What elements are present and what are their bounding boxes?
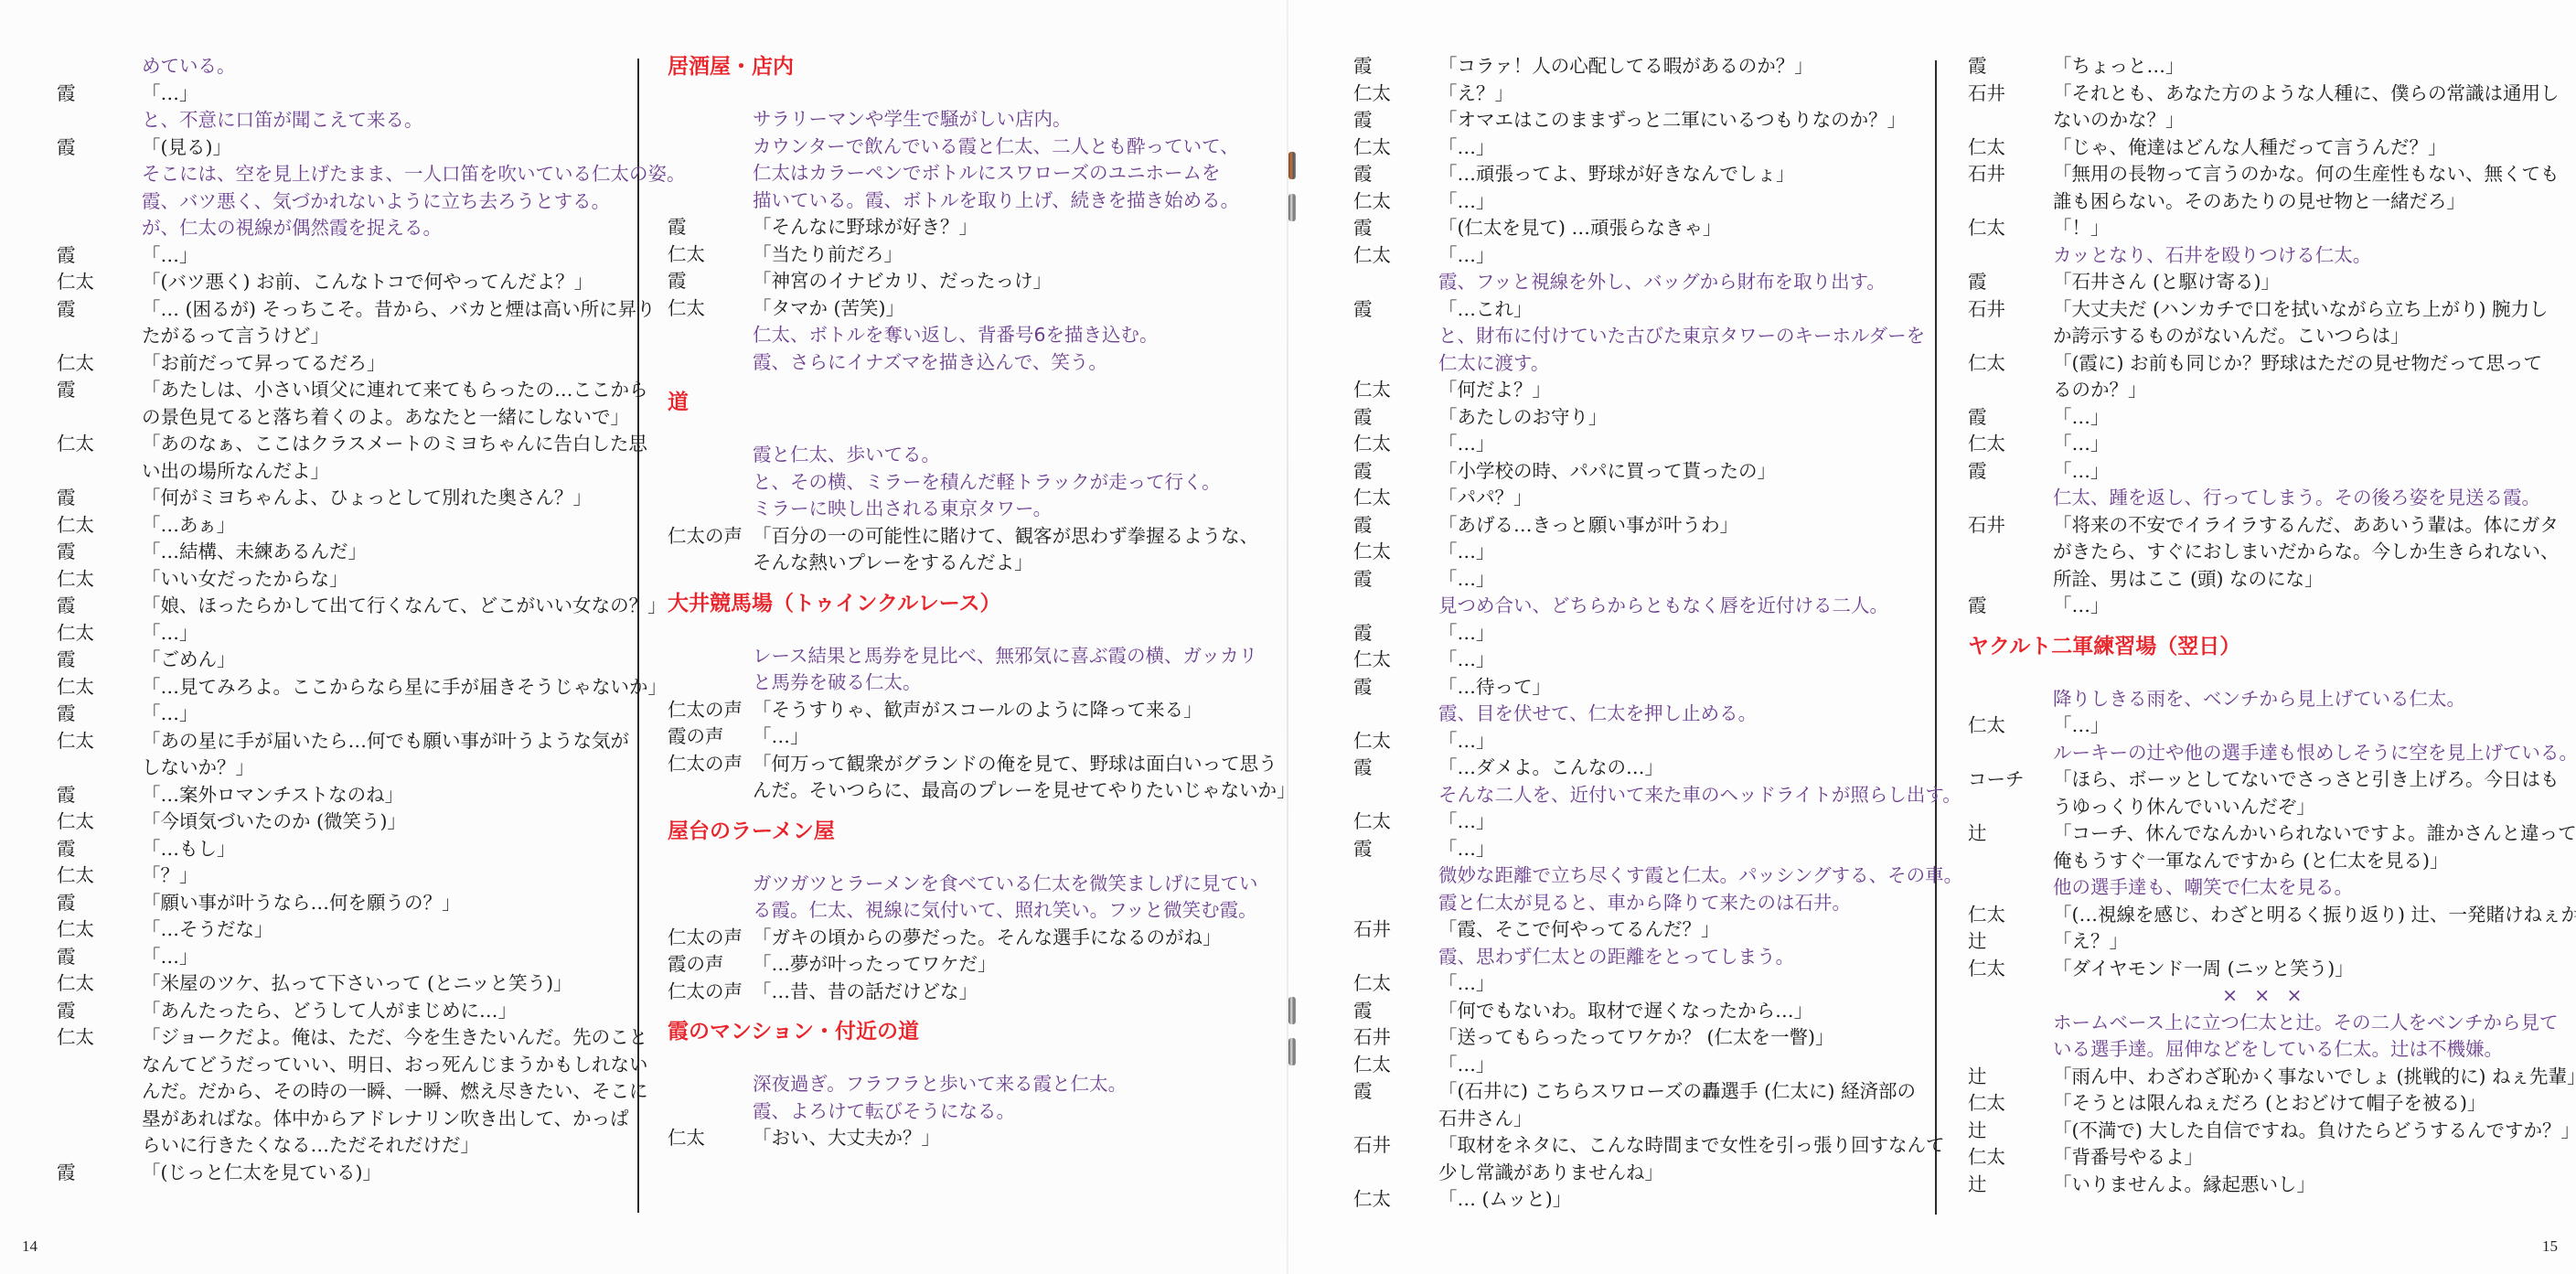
dialogue-text: 「…」 (142, 944, 198, 971)
speaker-name: 仁太 (668, 295, 753, 323)
direction-text: 仁太はカラーペンでボトルにスワローズのユニホームを (753, 160, 1220, 187)
booklet-spread: めている。霞「…」と、不意に口笛が聞こえて来る。霞「(見る)」そこには、空を見上… (0, 0, 2576, 1274)
speaker-name: 仁太 (57, 512, 142, 540)
dialogue-line: 仁太「今頃気づいたのか (微笑う)」 (57, 808, 624, 836)
dialogue-line: 霞「…これ」 (1353, 296, 1929, 324)
stage-direction: 霞、思わず仁太との距離をとってしまう。 (1353, 944, 1929, 971)
speaker-name: 霞 (1353, 404, 1438, 432)
speaker-name: 仁太 (57, 674, 142, 701)
indent (1968, 566, 2053, 594)
stage-direction: ルーキーの辻や他の選手達も恨めしそうに空を見上げている。 (1968, 740, 2553, 767)
indent (1968, 107, 2053, 134)
indent (668, 496, 753, 523)
speaker-name: 仁太 (57, 350, 142, 378)
speaker-name: 仁太の声 (668, 979, 753, 1006)
dialogue-text: 「え？」 (1438, 80, 1513, 108)
indent (57, 458, 142, 486)
indent (668, 871, 753, 898)
indent (1968, 1010, 2053, 1037)
speaker-name: 霞の声 (668, 723, 753, 751)
dialogue-line: 仁太「…」 (1353, 647, 1929, 674)
stage-direction: カッとなり、石井を殴りつける仁太。 (1968, 242, 2553, 270)
speaker-name: 霞 (57, 782, 142, 809)
speaker-name: 仁太 (1353, 808, 1438, 836)
direction-text: 霞、フッと視線を外し、バッグから財布を取り出す。 (1438, 269, 1886, 296)
speaker-name: 霞 (1353, 755, 1438, 782)
dialogue-text: 「…」 (1438, 620, 1495, 648)
dialogue-line: 仁太「あのなぁ、ここはクラスメートのミヨちゃんに告白した思 (57, 431, 624, 458)
stage-direction: が、仁太の視線が偶然霞を捉える。 (57, 215, 624, 242)
dialogue-line: 霞「(見る)」 (57, 134, 624, 162)
indent (668, 643, 753, 670)
indent (1968, 539, 2053, 566)
direction-text: サラリーマンや学生で騒がしい店内。 (753, 106, 1072, 134)
dialogue-line: 霞「何がミヨちゃんよ、ひょっとして別れた奥さん？」 (57, 485, 624, 512)
indent (57, 1078, 142, 1106)
indent (1353, 350, 1438, 378)
stage-direction: 仁太はカラーペンでボトルにスワローズのユニホームを (668, 160, 1253, 187)
dialogue-text: 「(石井に) こちらスワローズの轟選手 (仁太に) 経済部の (1438, 1078, 1916, 1106)
speaker-name: 霞 (1353, 674, 1438, 701)
indent (668, 897, 753, 925)
indent (1353, 593, 1438, 620)
speaker-name: 霞 (57, 242, 142, 270)
speaker-name: 仁太 (57, 728, 142, 755)
dialogue-text: 「お前だって昇ってるだろ」 (142, 350, 386, 378)
speaker-name: 霞 (57, 890, 142, 917)
speaker-name: 霞 (668, 214, 753, 241)
scene-heading: ヤクルト二軍練習場（翌日） (1968, 633, 2553, 660)
dialogue-text: 「…」 (1438, 431, 1495, 458)
dialogue-line: 仁太「！」 (1968, 215, 2553, 242)
dialogue-text: 俺もうすぐ一軍なんですから (と仁太を見る)」 (2053, 848, 2449, 875)
dialogue-line: 辻「いりませんよ。縁起悪いし」 (1968, 1172, 2553, 1199)
script-column-1: めている。霞「…」と、不意に口笛が聞こえて来る。霞「(見る)」そこには、空を見上… (57, 53, 624, 1186)
dialogue-text: 「…見てみろよ。ここからなら星に手が届きそうじゃないか」 (142, 674, 667, 701)
indent (57, 107, 142, 134)
indent (1968, 188, 2053, 216)
dialogue-text: 「ダイヤモンド一周 (ニッと笑う)」 (2053, 956, 2354, 983)
dialogue-line: 仁太「パパ？」 (1353, 485, 1929, 512)
dialogue-text: い出の場所なんだよ」 (142, 458, 329, 486)
dialogue-continuation: んだ。そいつらに、最高のプレーを見せてやりたいじゃないか」 (668, 777, 1253, 805)
indent (668, 550, 753, 577)
speaker-name: 石井 (1353, 1024, 1438, 1052)
cross-marks-icon: ××× (2053, 982, 2319, 1010)
direction-text: が、仁太の視線が偶然霞を捉える。 (142, 215, 442, 242)
dialogue-line: 霞の声「…」 (668, 723, 1253, 751)
dialogue-line: 霞「あたしは、小さい頃父に連れて来てもらったの…ここから (57, 377, 624, 404)
dialogue-line: 霞「…」 (57, 80, 624, 108)
speaker-name: 霞 (57, 944, 142, 971)
speaker-name: 石井 (1353, 916, 1438, 944)
direction-text: と、不意に口笛が聞こえて来る。 (142, 107, 423, 134)
speaker-name: 霞 (57, 539, 142, 566)
dialogue-text: 「おい、大丈夫か？」 (753, 1125, 940, 1152)
speaker-name: 霞 (1968, 458, 2053, 486)
dialogue-continuation: たがるって言うけど」 (57, 323, 624, 350)
dialogue-line: 霞「…案外ロマンチストなのね」 (57, 782, 624, 809)
dialogue-line: 霞「…ダメよ。こんなの…」 (1353, 755, 1929, 782)
dialogue-text: 「何だよ？」 (1438, 377, 1551, 404)
dialogue-text: 「…」 (1438, 539, 1495, 566)
script-column-4: 霞「ちょっと…」石井「それとも、あなた方のような人種に、僕らの常識は通用しないの… (1968, 53, 2553, 1198)
dialogue-text: 「パパ？」 (1438, 485, 1533, 512)
indent (1353, 862, 1438, 890)
dialogue-line: 霞「(石井に) こちらスワローズの轟選手 (仁太に) 経済部の (1353, 1078, 1929, 1106)
dialogue-line: 仁太「…」 (1353, 970, 1929, 998)
speaker-name: 霞 (57, 1160, 142, 1187)
dialogue-line: 仁太の声「そうすりゃ、歓声がスコールのように降って来る」 (668, 697, 1253, 724)
speaker-name: 仁太の声 (668, 523, 753, 551)
dialogue-line: 仁太「…」 (1353, 808, 1929, 836)
dialogue-text: 「取材をネタに、こんな時間まで女性を引っ張り回すなんて (1438, 1132, 1945, 1160)
dialogue-line: 霞「(仁太を見て) …頑張らなきゃ」 (1353, 215, 1929, 242)
indent (57, 53, 142, 80)
dialogue-line: 仁太「米屋のツケ、払って下さいって (とニッと笑う)」 (57, 970, 624, 998)
dialogue-text: 「…これ」 (1438, 296, 1533, 324)
dialogue-continuation: なんてどうだっていい、明日、おっ死んじまうかもしれない (57, 1052, 624, 1079)
dialogue-line: 霞「…」 (57, 944, 624, 971)
stage-direction: と、財布に付けていた古びた東京タワーのキーホルダーを (1353, 323, 1929, 350)
dialogue-line: 石井「将来の不安でイライラするんだ、ああいう輩は。体にガタ (1968, 512, 2553, 540)
dialogue-text: 「…結構、未練あるんだ」 (142, 539, 367, 566)
script-column-3: 霞「コラァ！人の心配してる暇があるのか？」仁太「え？」霞「オマエはこのままずっと… (1353, 53, 1929, 1214)
dialogue-line: 仁太「…あぁ」 (57, 512, 624, 540)
dialogue-text: 「何万って観衆がグランドの俺を見て、野球は面白いって思う (753, 751, 1277, 778)
indent (668, 322, 753, 349)
dialogue-text: 「…」 (2053, 458, 2110, 486)
speaker-name: 仁太 (1968, 134, 2053, 162)
dialogue-text: 「願い事が叶うなら…何を願うの？」 (142, 890, 461, 917)
indent (1353, 323, 1438, 350)
dialogue-text: 「コーチ、休んでなんかいられないですよ。誰かさんと違って、 (2053, 820, 2576, 848)
script-column-2: 居酒屋・店内サラリーマンや学生で騒がしい店内。カウンターで飲んでいる霞と仁太、二… (668, 53, 1253, 1152)
stage-direction: ホームベース上に立つ仁太と辻。その二人をベンチから見て (1968, 1010, 2553, 1037)
dialogue-text: 「…」 (1438, 728, 1495, 755)
speaker-name: 霞 (1353, 161, 1438, 188)
stage-direction: 霞、さらにイナズマを描き込んで、笑う。 (668, 349, 1253, 377)
dialogue-line: 仁太「(霞に) お前も同じか？野球はただの見せ物だって思って (1968, 350, 2553, 378)
dialogue-text: 「…」 (142, 242, 198, 270)
dialogue-text: うゆっくり休んでいいんだぞ」 (2053, 794, 2315, 821)
direction-text: 仁太、ボトルを奪い返し、背番号6を描き込む。 (753, 322, 1159, 349)
speaker-name: 霞 (57, 647, 142, 674)
speaker-name: 辻 (1968, 1172, 2053, 1199)
dialogue-text: 「え？」 (2053, 928, 2128, 956)
speaker-name: 霞 (57, 80, 142, 108)
dialogue-continuation: がきたら、すぐにおしまいだからな。今しか生きられない、 (1968, 539, 2553, 566)
dialogue-text: 「タマか (苦笑)」 (753, 295, 904, 323)
indent (668, 777, 753, 805)
dialogue-text: 「(…視線を感じ、わざと明るく振り返り) 辻、一発賭けねぇか？」 (2053, 902, 2576, 929)
direction-text: 微妙な距離で立ち尽くす霞と仁太。パッシングする、その車。 (1438, 862, 1962, 890)
dialogue-line: 仁太「何だよ？」 (1353, 377, 1929, 404)
dialogue-line: 仁太「背番号やるよ」 (1968, 1144, 2553, 1172)
speaker-name: 霞 (1968, 53, 2053, 80)
dialogue-text: 「あげる…きっと願い事が叶うわ」 (1438, 512, 1738, 540)
speaker-name: 仁太 (1968, 1144, 2053, 1172)
stage-direction: 微妙な距離で立ち尽くす霞と仁太。パッシングする、その車。 (1353, 862, 1929, 890)
speaker-name: 仁太 (57, 916, 142, 944)
dialogue-line: 仁太「…」 (1353, 134, 1929, 162)
dialogue-text: 「…ダメよ。こんなの…」 (1438, 755, 1663, 782)
stage-direction: 深夜過ぎ。フラフラと歩いて来る霞と仁太。 (668, 1071, 1253, 1098)
speaker-name: 仁太 (1353, 80, 1438, 108)
dialogue-text: 「…」 (1438, 647, 1495, 674)
direction-text: めている。 (142, 53, 236, 80)
speaker-name: 仁太 (1353, 431, 1438, 458)
speaker-name: 霞 (57, 377, 142, 404)
dialogue-text: 「そうとは限んねぇだろ (とおどけて帽子を被る)」 (2053, 1090, 2486, 1118)
dialogue-line: 霞「神宮のイナビカリ、だったっけ」 (668, 268, 1253, 295)
dialogue-line: 仁太「…見てみろよ。ここからなら星に手が届きそうじゃないか」 (57, 674, 624, 701)
dialogue-continuation: ないのかな？」 (1968, 107, 2553, 134)
dialogue-line: 霞「…」 (57, 242, 624, 270)
stage-direction: と、不意に口笛が聞こえて来る。 (57, 107, 624, 134)
dialogue-line: 霞「あげる…きっと願い事が叶うわ」 (1353, 512, 1929, 540)
speaker-name: 仁太 (1353, 1186, 1438, 1214)
indent (1353, 944, 1438, 971)
indent (668, 134, 753, 161)
dialogue-continuation: 少し常識がありませんね」 (1353, 1160, 1929, 1187)
direction-text: と、その横、ミラーを積んだ軽トラックが走って行く。 (753, 469, 1221, 497)
speaker-name: 仁太 (1353, 1052, 1438, 1079)
dialogue-text: 「雨ん中、わざわざ恥かく事ないでしょ (挑戦的に) ねぇ先輩」 (2053, 1064, 2576, 1091)
speaker-name: 霞 (1353, 296, 1438, 324)
dialogue-line: 仁太の声「何万って観衆がグランドの俺を見て、野球は面白いって思う (668, 751, 1253, 778)
dialogue-continuation: るのか？」 (1968, 377, 2553, 404)
dialogue-line: 仁太「(バツ悪く) お前、こんなトコで何やってんだよ？」 (57, 269, 624, 296)
indent (1968, 874, 2053, 902)
speaker-name: 仁太 (1353, 242, 1438, 270)
dialogue-line: 仁太「？」 (57, 862, 624, 890)
binding-fold (1287, 0, 1288, 1274)
dialogue-text: 「神宮のイナビカリ、だったっけ」 (753, 268, 1052, 295)
indent (57, 215, 142, 242)
speaker-name: 霞 (1353, 107, 1438, 134)
dialogue-text: 「(仁太を見て) …頑張らなきゃ」 (1438, 215, 1722, 242)
indent (668, 442, 753, 469)
dialogue-text: 「いりませんよ。縁起悪いし」 (2053, 1172, 2315, 1199)
stage-direction: めている。 (57, 53, 624, 80)
dialogue-line: 霞「…」 (57, 701, 624, 728)
speaker-name: 石井 (1968, 161, 2053, 188)
indent (1968, 485, 2053, 512)
dialogue-continuation: そんな熱いプレーをするんだよ」 (668, 550, 1253, 577)
speaker-name: 霞 (1353, 53, 1438, 80)
dialogue-line: 霞「…頑張ってよ、野球が好きなんでしょ」 (1353, 161, 1929, 188)
dialogue-text: か誇示するものがないんだ。こいつらは」 (2053, 323, 2410, 350)
dialogue-line: 仁太「…」 (1353, 242, 1929, 270)
dialogue-text: の景色見てると落ち着くのよ。あなたと一緒にしないで」 (142, 404, 629, 432)
dialogue-text: 「オマエはこのままずっと二軍にいるつもりなのか？」 (1438, 107, 1906, 134)
dialogue-line: 霞「(じっと仁太を見ている)」 (57, 1160, 624, 1187)
speaker-name: 仁太 (1968, 350, 2053, 378)
dialogue-line: 仁太「え？」 (1353, 80, 1929, 108)
indent (1968, 1036, 2053, 1064)
indent (668, 1071, 753, 1098)
direction-text: と馬券を破る仁太。 (753, 669, 922, 697)
direction-text: 霞、思わず仁太との距離をとってしまう。 (1438, 944, 1794, 971)
stage-direction: と馬券を破る仁太。 (668, 669, 1253, 697)
indent (57, 404, 142, 432)
stage-direction: 霞、目を伏せて、仁太を押し止める。 (1353, 701, 1929, 728)
dialogue-line: 石井「送ってもらったってワケか？ (仁太を一瞥)」 (1353, 1024, 1929, 1052)
dialogue-text: 「娘、ほったらかして出て行くなんて、どこがいい女なの？」 (142, 593, 667, 620)
stage-direction: サラリーマンや学生で騒がしい店内。 (668, 106, 1253, 134)
dialogue-line: 霞「あんたったら、どうして人がまじめに…」 (57, 998, 624, 1025)
dialogue-line: 霞「娘、ほったらかして出て行くなんて、どこがいい女なの？」 (57, 593, 624, 620)
dialogue-continuation: か誇示するものがないんだ。こいつらは」 (1968, 323, 2553, 350)
dialogue-text: るのか？」 (2053, 377, 2147, 404)
dialogue-text: 「じゃ、俺達はどんな人種だって言うんだ？」 (2053, 134, 2447, 162)
dialogue-continuation: い出の場所なんだよ」 (57, 458, 624, 486)
dialogue-text: 「…あぁ」 (142, 512, 235, 540)
stage-direction: と、その横、ミラーを積んだ軽トラックが走って行く。 (668, 469, 1253, 497)
indent (57, 1106, 142, 1133)
dialogue-line: 霞「…」 (1968, 593, 2553, 620)
dialogue-line: 霞「願い事が叶うなら…何を願うの？」 (57, 890, 624, 917)
speaker-name: 霞 (1353, 458, 1438, 486)
scene-heading: 居酒屋・店内 (668, 53, 1253, 80)
direction-text: ガツガツとラーメンを食べている仁太を微笑ましげに見てい (753, 871, 1257, 898)
dialogue-continuation: しないか？」 (57, 755, 624, 782)
speaker-name: 仁太 (1353, 970, 1438, 998)
dialogue-text: 「将来の不安でイライラするんだ、ああいう輩は。体にガタ (2053, 512, 2559, 540)
dialogue-text: 「(バツ悪く) お前、こんなトコで何やってんだよ？」 (142, 269, 593, 296)
dialogue-text: 「あたしは、小さい頃父に連れて来てもらったの…ここから (142, 377, 648, 404)
indent (57, 323, 142, 350)
dialogue-line: 仁太「そうとは限んねぇだろ (とおどけて帽子を被る)」 (1968, 1090, 2553, 1118)
dialogue-text: 「そうすりゃ、歓声がスコールのように降って来る」 (753, 697, 1202, 724)
dialogue-text: 「…そうだな」 (142, 916, 273, 944)
stage-direction: ガツガツとラーメンを食べている仁太を微笑ましげに見てい (668, 871, 1253, 898)
dialogue-text: 少し常識がありませんね」 (1438, 1160, 1663, 1187)
stage-direction: レース結果と馬券を見比べ、無邪気に喜ぶ霞の横、ガッカリ (668, 643, 1253, 670)
dialogue-text: 所詮、男はここ (頭) なのにな」 (2053, 566, 2324, 594)
speaker-name: 石井 (1968, 512, 2053, 540)
dialogue-text: 誰も困らない。そのあたりの見せ物と一緒だろ」 (2053, 188, 2465, 216)
dialogue-line: 霞「ちょっと…」 (1968, 53, 2553, 80)
dialogue-line: 仁太「お前だって昇ってるだろ」 (57, 350, 624, 378)
indent (1353, 782, 1438, 809)
speaker-name: 仁太 (57, 808, 142, 836)
dialogue-text: 「背番号やるよ」 (2053, 1144, 2203, 1172)
dialogue-text: 「無用の長物って言うのかな。何の生産性もない、無くても (2053, 161, 2560, 188)
indent (668, 669, 753, 697)
dialogue-continuation: 所詮、男はここ (頭) なのにな」 (1968, 566, 2553, 594)
speaker-name: 仁太 (1353, 134, 1438, 162)
direction-text: ルーキーの辻や他の選手達も恨めしそうに空を見上げている。 (2053, 740, 2576, 767)
dialogue-text: 「ちょっと…」 (2053, 53, 2185, 80)
indent (668, 469, 753, 497)
dialogue-line: 霞「…結構、未練あるんだ」 (57, 539, 624, 566)
dialogue-line: 霞「…」 (1968, 458, 2553, 486)
speaker-name: 霞 (1353, 215, 1438, 242)
dialogue-line: 仁太「当たり前だろ」 (668, 241, 1253, 269)
direction-text: る霞。仁太、視線に気付いて、照れ笑い。フッと微笑む霞。 (753, 897, 1257, 925)
dialogue-text: 「…」 (753, 723, 809, 751)
dialogue-text: 「…」 (1438, 242, 1495, 270)
indent (57, 1132, 142, 1160)
speaker-name: 霞 (57, 485, 142, 512)
dialogue-text: 「あんたったら、どうして人がまじめに…」 (142, 998, 517, 1025)
direction-text: 見つめ合い、どちらからともなく唇を近付ける二人。 (1438, 593, 1888, 620)
dialogue-continuation: んだ。だから、その時の一瞬、一瞬、燃え尽きたい、そこに (57, 1078, 624, 1106)
speaker-name: 霞 (57, 296, 142, 324)
speaker-name: 霞の声 (668, 951, 753, 979)
speaker-name: 仁太 (668, 1125, 753, 1152)
direction-text: と、財布に付けていた古びた東京タワーのキーホルダーを (1438, 323, 1925, 350)
indent (668, 160, 753, 187)
dialogue-line: 霞「…待って」 (1353, 674, 1929, 701)
indent (668, 187, 753, 215)
speaker-name: 仁太の声 (668, 751, 753, 778)
dialogue-text: 「…待って」 (1438, 674, 1551, 701)
speaker-name: 霞 (1353, 512, 1438, 540)
speaker-name: 仁太 (1353, 539, 1438, 566)
speaker-name: 仁太 (57, 620, 142, 648)
speaker-name: 仁太 (1968, 956, 2053, 983)
dialogue-text: 「ごめん」 (142, 647, 236, 674)
speaker-name: 仁太 (1353, 485, 1438, 512)
indent (57, 188, 142, 216)
dialogue-text: 「…もし」 (142, 836, 236, 863)
direction-text: 霞、目を伏せて、仁太を押し止める。 (1438, 701, 1757, 728)
indent (1968, 377, 2053, 404)
scene-heading: 屋台のラーメン屋 (668, 818, 1253, 845)
speaker-name: 霞 (1968, 404, 2053, 432)
speaker-name: 仁太 (1353, 728, 1438, 755)
dialogue-line: 仁太「…」 (1353, 1052, 1929, 1079)
dialogue-line: 霞「小学校の時、パパに買って貰ったの」 (1353, 458, 1929, 486)
dialogue-text: らいに行きたくなる…ただそれだけだ」 (142, 1132, 479, 1160)
dialogue-text: 「(霞に) お前も同じか？野球はただの見せ物だって思って (2053, 350, 2542, 378)
indent (668, 349, 753, 377)
dialogue-line: 霞「…」 (1968, 404, 2553, 432)
speaker-name: コーチ (1968, 766, 2053, 794)
dialogue-text: 石井さん」 (1438, 1106, 1533, 1133)
direction-text: 他の選手達も、嘲笑で仁太を見る。 (2053, 874, 2353, 902)
dialogue-line: 仁太「タマか (苦笑)」 (668, 295, 1253, 323)
direction-text: 霞、さらにイナズマを描き込んで、笑う。 (753, 349, 1107, 377)
direction-text: 霞と仁太が見ると、車から降りて来たのは石井。 (1438, 890, 1851, 917)
stage-direction: カウンターで飲んでいる霞と仁太、二人とも酔っていて、 (668, 134, 1253, 161)
dialogue-text: 「何がミヨちゃんよ、ひょっとして別れた奥さん？」 (142, 485, 592, 512)
indent (668, 106, 753, 134)
indent (1353, 1160, 1438, 1187)
stage-direction: そこには、空を見上げたまま、一人口笛を吹いている仁太の姿。 (57, 161, 624, 188)
speaker-name: 霞 (57, 593, 142, 620)
direction-text: 仁太に渡す。 (1438, 350, 1549, 378)
dialogue-line: 辻「(不満で) 大した自信ですね。負けたらどうするんですか？」 (1968, 1118, 2553, 1145)
dialogue-line: コーチ「ほら、ボーッとしてないでさっさと引き上げろ。今日はも (1968, 766, 2553, 794)
dialogue-line: 仁太「じゃ、俺達はどんな人種だって言うんだ？」 (1968, 134, 2553, 162)
dialogue-continuation: 俺もうすぐ一軍なんですから (と仁太を見る)」 (1968, 848, 2553, 875)
dialogue-text: 「…」 (2053, 404, 2110, 432)
stage-direction: 仁太に渡す。 (1353, 350, 1929, 378)
dialogue-text: 「…」 (142, 80, 198, 108)
dialogue-line: 仁太「…」 (1353, 728, 1929, 755)
dialogue-line: 仁太の声「百分の一の可能性に賭けて、観客が思わず拳握るような、 (668, 523, 1253, 551)
dialogue-text: 「…」 (1438, 1052, 1495, 1079)
dialogue-text: 塁があればな。体中からアドレナリン吹き出して、かっぱ (142, 1106, 629, 1133)
dialogue-text: 「それとも、あなた方のような人種に、僕らの常識は通用し (2053, 80, 2560, 108)
dialogue-text: 「…」 (142, 620, 198, 648)
dialogue-text: 「(じっと仁太を見ている)」 (142, 1160, 381, 1187)
speaker-name: 仁太 (57, 1024, 142, 1052)
